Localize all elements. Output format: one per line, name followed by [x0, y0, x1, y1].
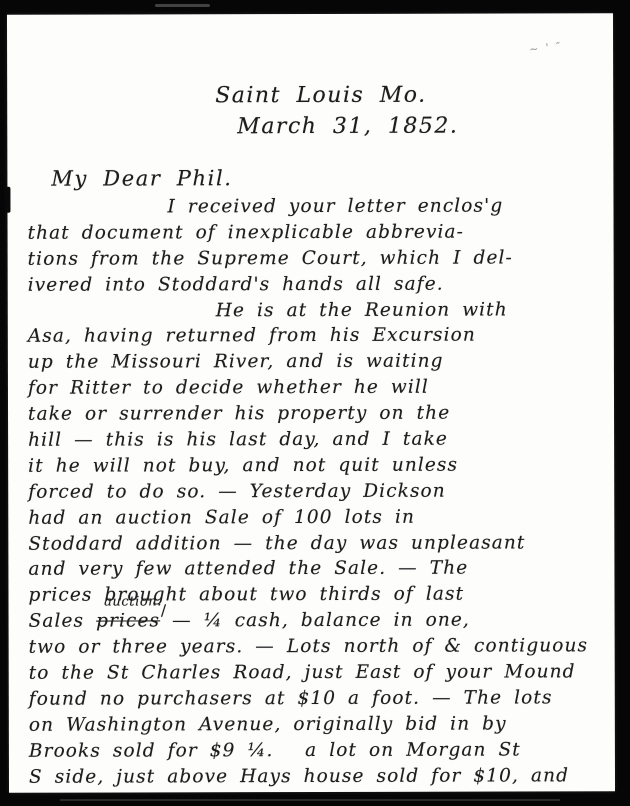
letter-line: hill — this is his last day, and I take	[28, 426, 608, 453]
letter-line: that document of inexplicable abbrevia-	[28, 219, 608, 246]
letter-line: Brooks sold for $9 ¼. a lot on Morgan St	[29, 737, 609, 764]
letter-line: tions from the Supreme Court, which I de…	[28, 245, 608, 272]
letter-line: Asa, having returned from his Excursion	[28, 323, 608, 350]
letter-line: ivered into Stoddard's hands all safe.	[28, 271, 608, 298]
inserted-word: auction.	[104, 596, 162, 609]
letter-line: and very few attended the Sale. — The	[28, 556, 608, 583]
letter-line: had an auction Sale of 100 lots in	[28, 504, 608, 531]
scanned-letter-page: ~ ' ″ Saint Louis Mo. March 31, 1852. My…	[0, 0, 630, 806]
letter-line: found no purchasers at $10 a foot. — The…	[29, 685, 609, 712]
letter-line: take or surrender his property on the	[28, 400, 608, 427]
letter-line-amended: Sales pricesauction./ — ¼ cash, balance …	[29, 607, 609, 634]
letter-salutation: My Dear Phil.	[51, 166, 232, 190]
amendment-carrier: pricesauction./	[96, 609, 160, 635]
letter-line: up the Missouri River, and is waiting	[28, 349, 608, 376]
letter-line: S side, just above Hays house sold for $…	[29, 763, 609, 790]
letter-heading: Saint Louis Mo. March 31, 1852.	[215, 80, 458, 143]
insertion-caret: /	[161, 599, 167, 625]
pencil-mark: ~ ' ″	[528, 40, 563, 56]
letter-line: to the St Charles Road, just East of you…	[29, 659, 609, 686]
struck-word: prices	[96, 611, 160, 632]
amended-line-pre: Sales	[29, 611, 97, 632]
letter-body: I received your letter enclos'g that doc…	[27, 193, 609, 790]
letter-line: on Washington Avenue, originally bid in …	[29, 711, 609, 738]
scan-artifact-top	[155, 4, 210, 7]
scan-artifact-bottom	[60, 799, 560, 801]
letter-line: He is at the Reunion with	[28, 297, 608, 324]
letter-line: two or three years. — Lots north of & co…	[29, 633, 609, 660]
letter-date-line: March 31, 1852.	[215, 111, 458, 143]
letter-paper: ~ ' ″ Saint Louis Mo. March 31, 1852. My…	[7, 13, 615, 793]
letter-line: for Ritter to decide whether he will	[28, 374, 608, 401]
letter-line: forced to do so. — Yesterday Dickson	[28, 478, 608, 505]
letter-line: Stoddard addition — the day was unpleasa…	[28, 530, 608, 557]
letter-line: I received your letter enclos'g	[27, 193, 607, 220]
amended-line-post: — ¼ cash, balance in one,	[160, 610, 470, 632]
letter-place-line: Saint Louis Mo.	[215, 80, 458, 112]
scan-edge-speck	[5, 187, 10, 213]
letter-line: it he will not buy, and not quit unless	[28, 452, 608, 479]
